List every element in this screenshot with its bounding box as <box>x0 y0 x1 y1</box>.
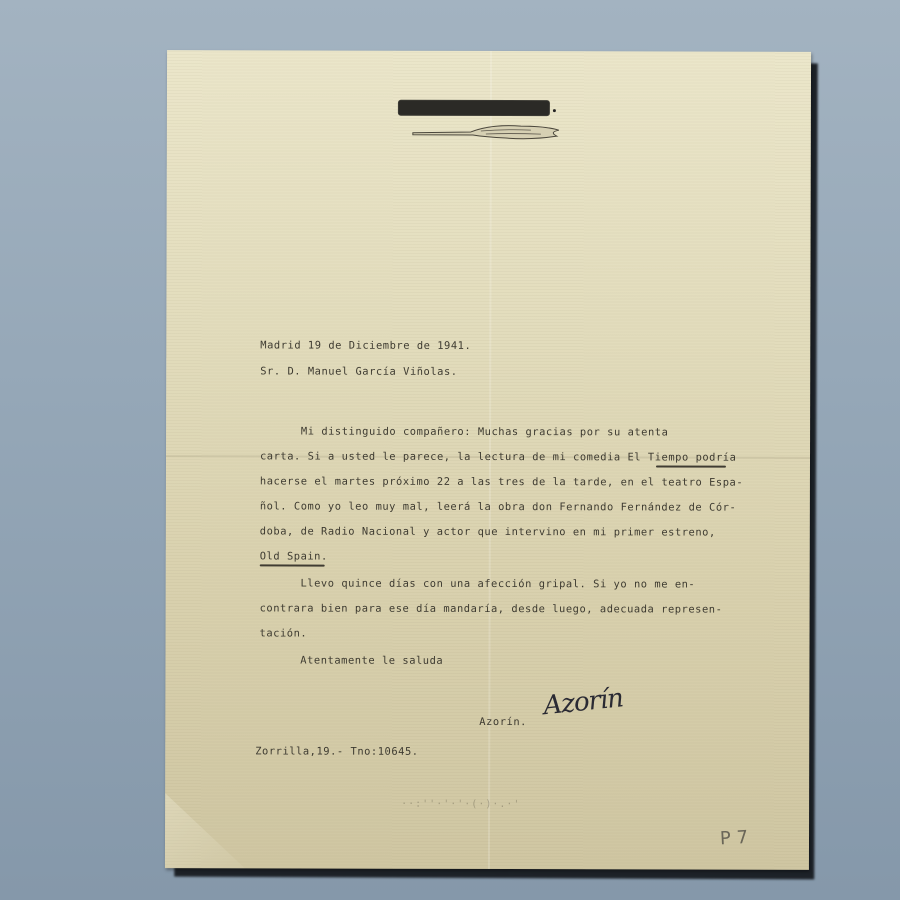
body-line-5: doba, de Radio Nacional y actor que inte… <box>260 524 716 539</box>
body-line-3: hacerse el martes próximo 22 a las tres … <box>260 474 743 489</box>
title-underline <box>656 465 726 467</box>
handwritten-signature: Azorín <box>542 683 624 721</box>
date-line: Madrid 19 de Diciembre de 1941. <box>260 338 471 353</box>
address-line: Zorrilla,19.- Tno:10645. <box>255 744 418 758</box>
faint-impression: ··:''·'·'·(·)·.·' <box>401 799 520 810</box>
redacted-letterhead-name <box>399 101 549 115</box>
body-line-8: contrara bien para ese día mandaría, des… <box>260 601 723 616</box>
letterhead <box>399 101 569 141</box>
closing-line: Atentamente le saluda <box>259 653 443 667</box>
body-line-7: Llevo quince días con una afección gripa… <box>260 576 696 591</box>
typed-signature: Azorín. <box>479 715 527 729</box>
letterhead-period <box>553 109 556 112</box>
folded-corner <box>165 793 245 868</box>
body-line-4: ñol. Como yo leo muy mal, leerá la obra … <box>260 499 736 514</box>
quill-pen-emblem-icon <box>411 124 561 140</box>
letter-paper: Madrid 19 de Diciembre de 1941. Sr. D. M… <box>165 50 811 870</box>
body-line-2: carta. Si a usted le parece, la lectura … <box>260 449 736 464</box>
pencil-note: P 7 <box>720 827 749 849</box>
old-spain-underline <box>260 564 325 566</box>
body-line-6: Old Spain. <box>260 549 328 563</box>
body-line-9: tación. <box>260 626 308 640</box>
recipient-line: Sr. D. Manuel García Viñolas. <box>260 364 457 379</box>
body-line-1: Mi distinguido compañero: Muchas gracias… <box>260 424 668 439</box>
